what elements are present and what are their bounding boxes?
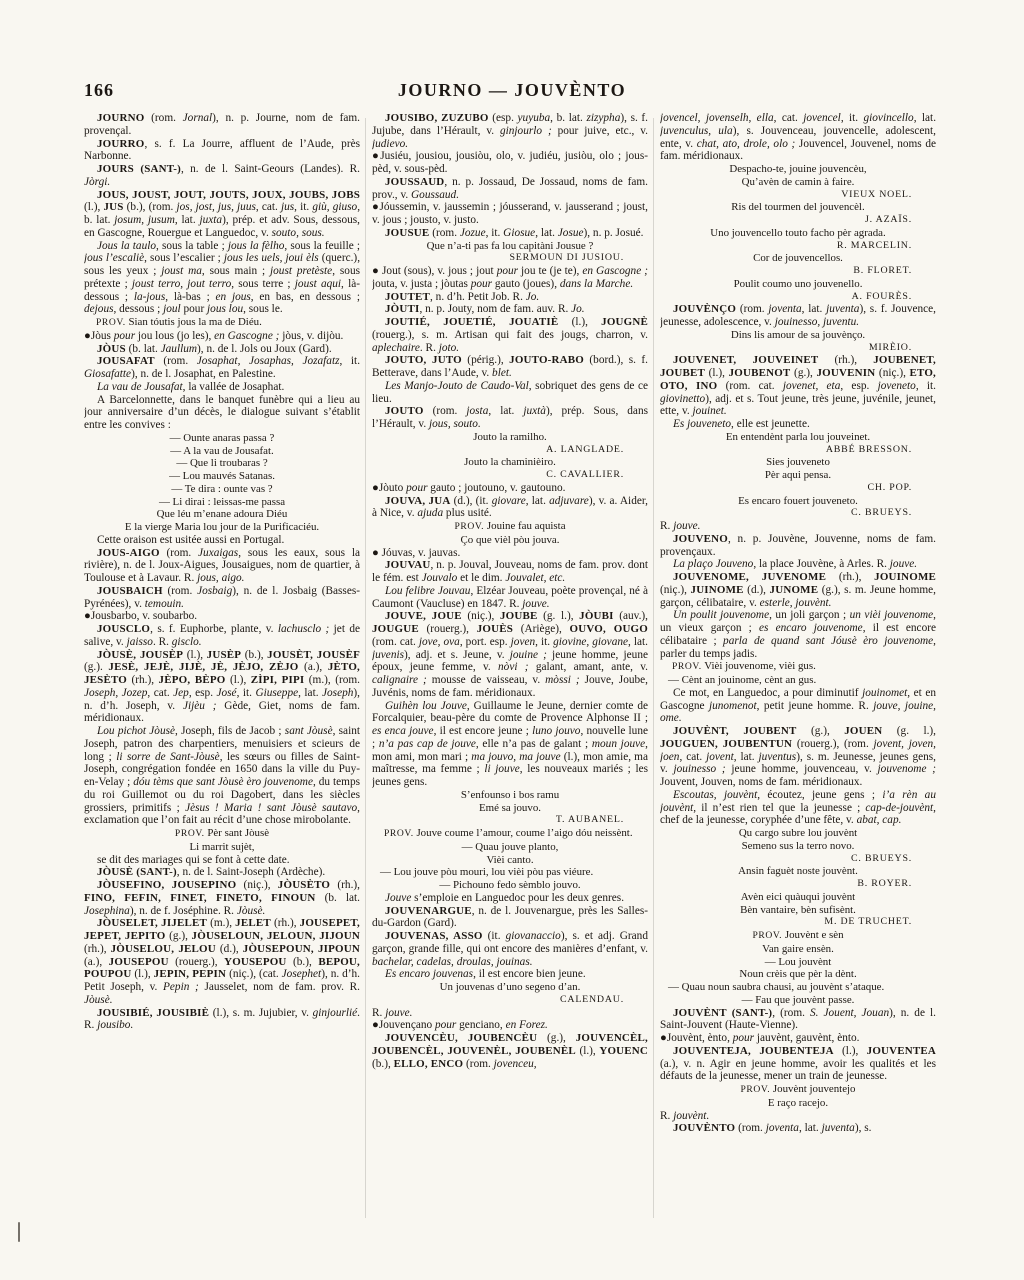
italic-term: jous, souto. (429, 418, 481, 430)
verse-line: Bèn vantaire, bèn sufisènt. (660, 904, 936, 917)
headword: JEPIN, PEPIN (154, 968, 227, 980)
body-text: Cor de jouvencellos. (753, 252, 843, 264)
italic-term: temouin. (145, 598, 184, 610)
italic-term: Jouvalet, etc. (505, 572, 565, 584)
body-text: , lat. (535, 227, 558, 239)
attribution: CH. POP. (660, 482, 936, 495)
italic-term: jouvenome ; (878, 763, 936, 775)
italic-term: Jouvalo (422, 572, 458, 584)
italic-term: juxta (199, 214, 222, 226)
body-text: , lat. (526, 495, 549, 507)
dict-entry: JOUVENARGUE, n. de l. Jouvenargue, près … (372, 905, 648, 931)
prov-label: PROV. (454, 521, 484, 532)
italic-term: jousibo. (97, 1019, 133, 1031)
cross-reference: ●Jòus pour jou lous (jo les), en Gascogn… (84, 330, 360, 343)
headword: JOUTIÉ, JOUETIÉ, JOUATIÈ (385, 316, 558, 328)
headword: JOUSIBO, ZUZUBO (385, 112, 489, 124)
headword: JOUVENET, JOUVEINET (673, 354, 818, 366)
attribution: T. AUBANEL. (372, 814, 648, 827)
italic-term: jovencel, jovenselh, ella (660, 112, 774, 124)
verse-line: Poulit coumo uno jouvenello. (660, 278, 936, 291)
attribution: C. BRUEYS. (660, 853, 936, 866)
headword: JÒUSEPOUN, JIPOUN (243, 943, 360, 955)
proverb-line: — Lou jouve pòu mouri, lou vièi pòu pas … (372, 866, 648, 879)
italic-term: joven (511, 636, 535, 648)
body-text: ● Jout (sous), v. jous ; jout (372, 265, 497, 277)
italic-term: Jo. (571, 303, 585, 315)
italic-term: gisclo. (172, 636, 202, 648)
body-text: CALENDAU. (560, 994, 624, 1005)
italic-term: jouve. (673, 520, 700, 532)
body-text: (rom. (160, 547, 198, 559)
body-text: (rom. (736, 303, 768, 315)
body-text: Pèr sant Jòusè (205, 827, 269, 839)
dict-text: Escoutas, jouvènt, écoutez, jeune gens ;… (660, 789, 936, 827)
headword: JOUTET (385, 291, 430, 303)
dict-entry: JOUVENTEJA, JOUBENTEJA (l.), JOUVENTEA (… (660, 1045, 936, 1083)
proverb-line: PROV. Jouine fau aquista (372, 520, 648, 534)
body-text: , lat. (488, 405, 523, 417)
body-text: — A la vau de Jousafat. (170, 445, 273, 457)
italic-term: jos, jost, jus, juus (177, 201, 256, 213)
italic-term: Jòrgi. (84, 176, 110, 188)
prov-label: PROV. (175, 828, 205, 839)
body-text: Ansin faguèt noste jouvènt. (738, 865, 858, 877)
italic-term: jouinomet (862, 687, 907, 699)
attribution: A. LANGLADE. (372, 444, 648, 457)
body-text: ● Jóuvas, v. jauvas. (372, 547, 460, 559)
verse-line: Jouto la ramilho. (372, 431, 648, 444)
italic-term: jous, aigo. (197, 572, 244, 584)
italic-term: parla de quand sant Jóusè èro jouvenome (723, 635, 933, 647)
body-text: (a.), (298, 661, 327, 673)
italic-term: Pepin ; (163, 981, 199, 993)
body-text: (rom. (429, 227, 459, 239)
italic-term: joto. (439, 342, 459, 354)
body-text: jou te (je te), (518, 265, 582, 277)
proverb-line: — Lou jouvènt (660, 956, 936, 969)
italic-term: S. Jouent, Jouan (810, 1007, 889, 1019)
scan-artifact-mark (18, 1222, 20, 1242)
attribution: R. MARCELIN. (660, 240, 936, 253)
body-text: (niç.), (cat. (226, 968, 282, 980)
etymology-ref: R. jouve. (372, 1007, 648, 1020)
scanned-dictionary-page: 166 JOURNO — JOUVÈNTO JOURNO (rom. Jorna… (0, 0, 1024, 1280)
body-text: , n. de l. Saint-Joseph (Ardèche). (177, 866, 325, 878)
dict-text: La plaço Jouveno, la place Jouvène, à Ar… (660, 558, 936, 571)
proverb-line: — Pichouno fedo sèmblo jouvo. (372, 879, 648, 892)
body-text: (périg.), (462, 354, 509, 366)
body-text: T. AUBANEL. (556, 814, 624, 825)
headword: JOUBE (500, 610, 538, 622)
body-text: En entendènt parla lou jouveinet. (726, 431, 870, 443)
body-text: Jouve coume l’amour, coume l’aigo dóu ne… (414, 827, 633, 839)
italic-term: sant Jòusè (285, 725, 333, 737)
verse-line: Pèr aqui pensa. (660, 469, 936, 482)
body-text: R. MARCELIN. (837, 240, 912, 251)
verse-line: Uno jouvencello touto facho pèr agrada. (660, 227, 936, 240)
headword: JUS (103, 201, 123, 213)
headword: JOUS-AIGO (97, 547, 160, 559)
proverb-line: Vièi canto. (372, 854, 648, 867)
body-text: Li marrit sujèt, (189, 841, 254, 853)
body-text: ), adj. et s. Jeune, v. (404, 649, 510, 661)
headword: JUSÈP (207, 649, 241, 661)
body-text: Jouvènt e sèn (782, 929, 843, 941)
proverb-line: — Cènt an jouinome, cènt an gus. (660, 674, 936, 687)
body-text: C. BRUEYS. (851, 853, 912, 864)
dict-entry: JOUVENCÈU, JOUBENCÈU (g.), JOUVENCÈL, JO… (372, 1032, 648, 1070)
body-text: (niç.), (236, 879, 278, 891)
body-text: (l.), (834, 1045, 867, 1057)
dict-entry: JOUTET, n. d’h. Petit Job. R. Jo. (372, 291, 648, 304)
running-title: JOURNO — JOUVÈNTO (0, 80, 1024, 101)
body-text: ABBÉ BRESSON. (826, 444, 912, 455)
italic-term: dejous (84, 303, 114, 315)
body-text: CH. POP. (867, 482, 912, 493)
italic-term: Jòusè. (84, 994, 113, 1006)
headword: JOUBENOT (729, 367, 791, 379)
headword: JOUVÈNT, JOUBENT (673, 725, 797, 737)
body-text: (rouerg.), s. m. Artisan qui fait des jo… (372, 329, 648, 341)
body-text: , elle est jeunette. (731, 418, 810, 430)
dict-text: Un poulit jouvenome, un joli garçon ; un… (660, 609, 936, 660)
dictionary-column-middle: JOUSIBO, ZUZUBO (esp. yuyuba, b. lat. zi… (372, 112, 648, 1268)
italic-term: li sorre de Sant-Jòusè (116, 751, 219, 763)
italic-term: moun jouve (592, 738, 645, 750)
headword: JÒUS (97, 343, 126, 355)
dict-entry: JOUSBAICH (rom. Josbaig), n. de l. Josba… (84, 585, 360, 611)
body-text: , s. f. Euphorbe, plante, v. (150, 623, 278, 635)
body-text: ), n. de l. Josaphat, en Palestine. (131, 368, 276, 380)
body-text: gauto (joues), (492, 278, 560, 290)
italic-term: pour (471, 278, 492, 290)
italic-term: Josephet (282, 968, 322, 980)
body-text: (g.). (84, 661, 108, 673)
body-text: s’emploie en Languedoc pour les deux gen… (411, 892, 624, 904)
body-text: , it. (535, 636, 553, 648)
dict-entry: JOUSSAUD, n. p. Jossaud, De Jossaud, nom… (372, 176, 648, 202)
italic-term: Giuseppe (255, 687, 298, 699)
body-text: Cette oraison est usitée aussi en Portug… (97, 534, 284, 546)
body-text: — Ounte anaras passa ? (170, 432, 275, 444)
body-text: , it. (340, 355, 361, 367)
headword: JOUSSAUD (385, 176, 444, 188)
body-text: pour juive, etc., v. (552, 125, 648, 137)
body-text: Noun crèis que pèr la dènt. (739, 968, 856, 980)
body-text: jouta, v. justa ; jòutas (372, 278, 471, 290)
body-text: Poulit coumo uno jouvenello. (734, 278, 863, 290)
dict-entry: JOUVAU, n. p. Jouval, Jouveau, noms de f… (372, 559, 648, 585)
italic-term: Lou pichot Jòusè (97, 725, 175, 737)
italic-term: jus (281, 201, 294, 213)
body-text: , sous terre ; (231, 278, 295, 290)
headword: JOUSUE (385, 227, 429, 239)
italic-term: giovare (492, 495, 526, 507)
italic-term: jous l’escaliè (84, 252, 144, 264)
body-text: S’enfounso i bos ramu (461, 789, 559, 801)
italic-term: jovent (706, 751, 734, 763)
dict-entry: JOUVE, JOUE (niç.), JOUBE (g. l.), JÒUBI… (372, 610, 648, 699)
body-text: (rh.), (826, 571, 874, 583)
body-text: Ço que vièl pòu jouva. (461, 534, 560, 546)
body-text: (b.), (rom. (124, 201, 177, 213)
body-text: (g. l.), (882, 725, 936, 737)
headword: JOUVÈNT (SANT-) (673, 1007, 772, 1019)
body-text: (g.), (797, 725, 845, 737)
body-text: . R. (153, 636, 172, 648)
italic-term: Joseph, Jozep (84, 687, 147, 699)
italic-term: jouvènt. (673, 1110, 709, 1122)
body-text: (l.), (131, 968, 153, 980)
body-text: , sous l’escalier ; (144, 252, 224, 264)
body-text: (d.), (744, 584, 770, 596)
dict-entry: JOUVA, JUA (d.), (it. giovare, lat. adju… (372, 495, 648, 521)
body-text: Jausselet, nom de fam. prov. R. (199, 981, 360, 993)
body-text: , écoutez, jeune gens ; (757, 789, 882, 801)
italic-term: pour (733, 1032, 754, 1044)
dict-entry: JOUVENAS, ASSO (it. giovanaccio), s. et … (372, 930, 648, 968)
dict-entry: JOURS (SANT-), n. de l. Saint-Geours (La… (84, 163, 360, 189)
body-text: (m.), (207, 917, 235, 929)
dict-entry: JÒUSÈ (SANT-), n. de l. Saint-Joseph (Ar… (84, 866, 360, 879)
verse-line: Qu’avèn de camin à faire. (660, 176, 936, 189)
body-text: Bèn vantaire, bèn sufisènt. (740, 904, 856, 916)
headword: JÒUSÈ, JOUSÈP (97, 649, 183, 661)
italic-term: junomenot (709, 700, 757, 712)
body-text: — Li dirai : leissas-me passa (159, 496, 285, 508)
headword: YOUENC (599, 1045, 648, 1057)
body-text: E la vierge Maria lou jour de la Purific… (125, 521, 319, 533)
body-text: Semeno sus la terro novo. (742, 840, 855, 852)
body-text: Van gaire ensèn. (762, 943, 834, 955)
italic-term: joust terro, jout terro (132, 278, 231, 290)
italic-term: mòssi ; (545, 674, 580, 686)
body-text: Emé sa jouvo. (479, 802, 541, 814)
headword: JOUVÈNÇO (673, 303, 736, 315)
headword: JOUVENTEA (867, 1045, 936, 1057)
cross-reference: ●Jóussemin, v. jaussemin ; jóusserand, v… (372, 201, 648, 227)
entry-continuation: jovencel, jovenselh, ella, cat. jovencel… (660, 112, 936, 163)
body-text: (l.), (84, 201, 103, 213)
headword: JOUTO-RABO (509, 354, 584, 366)
body-text: (rom. cat. (717, 380, 783, 392)
italic-term: josta (466, 405, 488, 417)
headword: JOUSBAICH (97, 585, 163, 597)
headword: JOURS (SANT-) (97, 163, 181, 175)
body-text: ●Jóussemin, v. jaussemin ; jóusserand, v… (372, 201, 648, 226)
body-text: (rom. (144, 112, 182, 124)
body-text: (b.), (287, 956, 319, 968)
italic-term: Jo. (526, 291, 540, 303)
headword: JOUVE, JOUE (385, 610, 462, 622)
headword: JÒUSELOUN, JELOUN, JIJOUN (192, 930, 360, 942)
body-text: , la place Jouvène, à Arles. R. (753, 558, 889, 570)
body-text: ), s. (855, 1122, 872, 1134)
body-text: A. FOURÈS. (852, 291, 912, 302)
italic-term: jaisso (127, 636, 153, 648)
body-text: , lat. (914, 112, 936, 124)
body-text: MIRÈIO. (869, 342, 912, 353)
headword: JOURNO (97, 112, 144, 124)
body-text: , lat. (298, 687, 322, 699)
dict-entry: JOUS, JOUST, JOUT, JOUTS, JOUX, JOUBS, J… (84, 189, 360, 240)
verse-line: Qu cargo subre lou jouvènt (660, 827, 936, 840)
attribution: VIEUX NOEL. (660, 189, 936, 202)
italic-term: jouinesso ; (673, 763, 725, 775)
cross-reference: ●Jousbarbo, v. soubarbo. (84, 610, 360, 623)
column-divider (365, 118, 366, 1218)
body-text: (rouerg.), (169, 956, 224, 968)
body-text: — Lou jouve pòu mouri, lou vièi pòu pas … (380, 866, 593, 878)
dict-entry: JÒUS (b. lat. Jaullum), n. de l. Jols ou… (84, 343, 360, 356)
headword: JOUVENAS, ASSO (385, 930, 483, 942)
proverb-line: E raço racejo. (660, 1097, 936, 1110)
body-text: — Cènt an jouinome, cènt an gus. (668, 674, 816, 686)
italic-term: Jornal (183, 112, 213, 124)
italic-term: Jep (173, 687, 189, 699)
body-text: — Pichouno fedo sèmblo jouvo. (439, 879, 580, 891)
body-text: (rom. (163, 585, 197, 597)
italic-term: Les Manjo-Jouto de Caudo-Val (385, 380, 529, 392)
cross-reference: ●Jòuto pour gauto ; joutouno, v. gautoun… (372, 482, 648, 495)
attribution: CALENDAU. (372, 994, 648, 1007)
italic-term: Josbaig (197, 585, 232, 597)
body-text: (g.), (166, 930, 192, 942)
dialogue-line: — Ounte anaras passa ? (84, 432, 360, 445)
headword: JESÈ, JEJÈ, JIJÈ, JÈ, JÈJO, ZÈJO (108, 661, 298, 673)
italic-term: jouve. (522, 598, 549, 610)
headword: JOUSIBIÉ, JOUSIBIÈ (97, 1007, 209, 1019)
body-text: — Quau noun saubra chausi, au jouvènt s’… (668, 981, 884, 993)
proverb: PROV. Jouve coume l’amour, coume l’aigo … (372, 827, 648, 841)
dict-text: Lou felibre Jouvau, Elzéar Jouveau, poèt… (372, 585, 648, 611)
headword: FINO, FEFIN, FINET, FINETO, FINOUN (84, 892, 316, 904)
verse-line: S’enfounso i bos ramu (372, 789, 648, 802)
attribution: ABBÉ BRESSON. (660, 444, 936, 457)
proverb-line: Noun crèis que pèr la dènt. (660, 968, 936, 981)
headword: JELET (235, 917, 271, 929)
headword: JUNOME (770, 584, 819, 596)
etymology-ref: R. jouve. (660, 520, 936, 533)
body-text: (m.), (rom. (304, 674, 360, 686)
dict-entry: JOUVÈNTO (rom. joventa, lat. juventa), s… (660, 1122, 936, 1135)
body-text: VIEUX NOEL. (841, 189, 912, 200)
dict-text: Jouve s’emploie en Languedoc pour les de… (372, 892, 648, 905)
body-text: ), n. p. Josué. (584, 227, 644, 239)
italic-term: Jouve (385, 892, 411, 904)
body-text: Ce mot, en Languedoc, a pour diminutif (673, 687, 862, 699)
body-text: ●Jòus (84, 330, 114, 342)
body-text: Jouine fau aquista (484, 520, 565, 532)
body-text: (rh.), (271, 917, 300, 929)
body-text: ●Jouvençano (372, 1019, 435, 1031)
italic-term: Jòusè. (237, 905, 266, 917)
body-text: , lat. (734, 751, 759, 763)
body-text: galant, amant, ante, v. (529, 661, 648, 673)
verse-line: Avèn eici quàuqui jouvènt (660, 891, 936, 904)
attribution: B. FLORET. (660, 265, 936, 278)
body-text: A. LANGLADE. (546, 444, 624, 455)
headword: JÒUSELOU, JELOU (111, 943, 216, 955)
headword: JÒUSEFINO, JOUSEPINO (97, 879, 236, 891)
dict-entry: JÒUSEFINO, JOUSEPINO (niç.), JÒUSÈTO (rh… (84, 879, 360, 917)
attribution: C. CAVALLIER. (372, 469, 648, 482)
body-text: , cat. (679, 751, 706, 763)
body-text: , n. de l. Saint-Geours (Landes). R. (181, 163, 360, 175)
body-text: R. (660, 1110, 673, 1122)
body-text: plus usité. (443, 507, 492, 519)
body-text: , Joseph, fils de Jacob ; (175, 725, 285, 737)
body-text: , sous la table ; (156, 240, 228, 252)
cross-reference: ●Jouvènt, ènto, pour jauvènt, gauvènt, è… (660, 1032, 936, 1045)
body-text: B. ROYER. (857, 878, 912, 889)
headword: JOUSÈT, JOUSÈF (267, 649, 360, 661)
headword: JOUVENTEJA, JOUBENTEJA (673, 1045, 834, 1057)
body-text: (rh.), (84, 943, 111, 955)
italic-term: giovincello (864, 112, 914, 124)
italic-term: jovenceu, (494, 1058, 537, 1070)
verse-line: Emé sa jouvo. (372, 802, 648, 815)
headword: JOUGNÈ (601, 316, 648, 328)
body-text: (rom. (155, 355, 197, 367)
headword: JOUINOME (874, 571, 936, 583)
italic-term: n’a pas cap de jouve (379, 738, 476, 750)
cross-reference: ● Jout (sous), v. jous ; jout pour jou t… (372, 265, 648, 291)
body-text: (l.), (576, 1045, 599, 1057)
headword: JÒUSÈTO (278, 879, 330, 891)
proverb-line: Ço que vièl pòu jouva. (372, 534, 648, 547)
italic-term: Un poulit jouvenome (673, 609, 769, 621)
headword: JÒUTI (385, 303, 419, 315)
proverb-line: — Quau jouve planto, (372, 841, 648, 854)
verse-line: Un jouvenas d’uno segeno d’an. (372, 981, 648, 994)
headword: JÒUBI (579, 610, 613, 622)
body-text: Jouvent, Jouven, noms de fam. méridionau… (660, 776, 862, 788)
italic-term: giù, giuso (312, 201, 357, 213)
body-text: SERMOUN DI JUSIOU. (509, 252, 624, 263)
body-text: Despacho-te, jouine jouvencèu, (729, 163, 866, 175)
dict-entry: JOUVENOME, JUVENOME (rh.), JOUINOME (niç… (660, 571, 936, 609)
italic-term: lachusclo ; (278, 623, 329, 635)
italic-term: es encaro jouvenome (759, 622, 863, 634)
body-text: Qu cargo subre lou jouvènt (739, 827, 857, 839)
body-text: (rouerg.), (rom. (792, 738, 873, 750)
body-text: (a.), v. n. Agir en jeune homme, avoir l… (660, 1058, 936, 1083)
body-text: (b.), (241, 649, 267, 661)
verse-line: Sies jouveneto (660, 456, 936, 469)
italic-term: jous la fèlho (228, 240, 285, 252)
body-text: , esp. (840, 380, 877, 392)
dict-text: Ce mot, en Languedoc, a pour diminutif j… (660, 687, 936, 725)
headword: JOUVENOME, JUVENOME (673, 571, 826, 583)
italic-term: luno jouvo (532, 725, 580, 737)
italic-term: Escoutas, jouvènt (673, 789, 757, 801)
body-text: R. (660, 520, 673, 532)
proverb: PROV. Sian tóutis jous la ma de Diéu. (84, 316, 360, 330)
italic-term: en Forez. (506, 1019, 548, 1031)
body-text: , cat. (256, 201, 281, 213)
dict-entry: JOURRO, s. f. La Jourre, affluent de l’A… (84, 138, 360, 164)
body-text: , dessous ; (114, 303, 164, 315)
italic-term: Juxaigas (198, 547, 238, 559)
italic-term: souto, sous. (272, 227, 325, 239)
italic-term: jouinet. (693, 405, 727, 417)
body-text: , là-bas ; (165, 291, 215, 303)
dict-text: Es jouveneto, elle est jeunette. (660, 418, 936, 431)
prov-label: PROV. (384, 828, 414, 839)
italic-term: dans la Marche. (560, 278, 633, 290)
